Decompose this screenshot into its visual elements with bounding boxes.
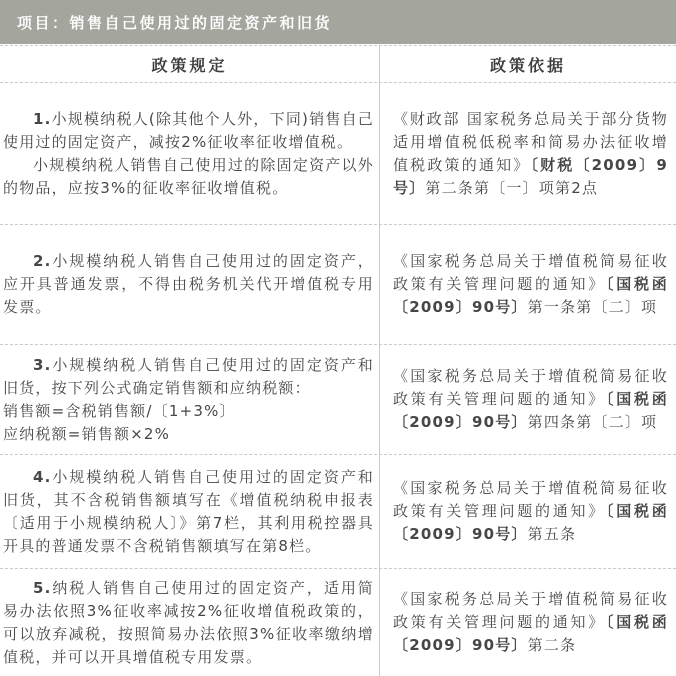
item-number: 1. <box>33 110 52 128</box>
policy-paragraph: 1.小规模纳税人(除其他个人外，下同)销售自己使用过的固定资产，减按2%征收率征… <box>3 108 374 154</box>
basis-paragraph: 《国家税务总局关于增值税简易征收政策有关管理问题的通知》〔国税函〔2009〕90… <box>393 365 668 434</box>
item-number: 5. <box>33 579 52 597</box>
policy-text: 小规模纳税人(除其他个人外，下同)销售自己使用过的固定资产，减按2%征收率征收增… <box>3 110 374 151</box>
item-number: 2. <box>33 252 52 270</box>
basis-cell: 《国家税务总局关于增值税简易征收政策有关管理问题的通知》〔国税函〔2009〕90… <box>380 569 676 676</box>
basis-paragraph: 《财政部 国家税务总局关于部分货物适用增值税低税率和简易办法征收增值税政策的通知… <box>393 108 668 200</box>
page-title: 项目：销售自己使用过的固定资产和旧货 <box>17 12 332 33</box>
table-row: 4.小规模纳税人销售自己使用过的固定资产和旧货，其不含税销售额填写在《增值税纳税… <box>0 455 676 569</box>
basis-text: 第四条第〔二〕项 <box>528 413 658 431</box>
basis-paragraph: 《国家税务总局关于增值税简易征收政策有关管理问题的通知》〔国税函〔2009〕90… <box>393 250 668 319</box>
basis-cell: 《国家税务总局关于增值税简易征收政策有关管理问题的通知》〔国税函〔2009〕90… <box>380 345 676 454</box>
column-header-basis: 政策依据 <box>380 46 676 82</box>
policy-paragraph: 3.小规模纳税人销售自己使用过的固定资产和旧货，按下列公式确定销售额和应纳税额： <box>3 354 374 400</box>
table-row: 2.小规模纳税人销售自己使用过的固定资产，应开具普通发票，不得由税务机关代开增值… <box>0 225 676 345</box>
item-number: 4. <box>33 468 52 486</box>
policy-paragraph: 4.小规模纳税人销售自己使用过的固定资产和旧货，其不含税销售额填写在《增值税纳税… <box>3 466 374 558</box>
title-bar: 项目：销售自己使用过的固定资产和旧货 <box>0 0 676 44</box>
column-header-policy: 政策规定 <box>0 46 380 82</box>
policy-cell: 1.小规模纳税人(除其他个人外，下同)销售自己使用过的固定资产，减按2%征收率征… <box>0 83 380 224</box>
table-row: 3.小规模纳税人销售自己使用过的固定资产和旧货，按下列公式确定销售额和应纳税额：… <box>0 345 676 455</box>
policy-paragraph: 小规模纳税人销售自己使用过的除固定资产以外的物品，应按3%的征收率征收增值税。 <box>3 154 374 200</box>
policy-text: 纳税人销售自己使用过的固定资产，适用简易办法依照3%征收率减按2%征收增值税政策… <box>3 579 374 666</box>
policy-cell: 4.小规模纳税人销售自己使用过的固定资产和旧货，其不含税销售额填写在《增值税纳税… <box>0 455 380 568</box>
policy-cell: 2.小规模纳税人销售自己使用过的固定资产，应开具普通发票，不得由税务机关代开增值… <box>0 225 380 344</box>
policy-text: 小规模纳税人销售自己使用过的除固定资产以外的物品，应按3%的征收率征收增值税。 <box>3 156 374 197</box>
policy-cell: 3.小规模纳税人销售自己使用过的固定资产和旧货，按下列公式确定销售额和应纳税额：… <box>0 345 380 454</box>
table-header-row: 政策规定 政策依据 <box>0 46 676 83</box>
policy-table: 政策规定 政策依据 1.小规模纳税人(除其他个人外，下同)销售自己使用过的固定资… <box>0 45 676 676</box>
formula-line: 应纳税额=销售额×2% <box>3 423 374 446</box>
formula-line: 销售额=含税销售额/〔1+3%〕 <box>3 400 374 423</box>
policy-cell: 5.纳税人销售自己使用过的固定资产，适用简易办法依照3%征收率减按2%征收增值税… <box>0 569 380 676</box>
table-row: 5.纳税人销售自己使用过的固定资产，适用简易办法依照3%征收率减按2%征收增值税… <box>0 569 676 676</box>
item-number: 3. <box>33 356 52 374</box>
table-row: 1.小规模纳税人(除其他个人外，下同)销售自己使用过的固定资产，减按2%征收率征… <box>0 83 676 225</box>
basis-text: 第二条第〔一〕项第2点 <box>425 179 598 197</box>
policy-text: 小规模纳税人销售自己使用过的固定资产和旧货，其不含税销售额填写在《增值税纳税申报… <box>3 468 374 555</box>
basis-paragraph: 《国家税务总局关于增值税简易征收政策有关管理问题的通知》〔国税函〔2009〕90… <box>393 477 668 546</box>
basis-text: 第一条第〔二〕项 <box>528 298 658 316</box>
policy-paragraph: 5.纳税人销售自己使用过的固定资产，适用简易办法依照3%征收率减按2%征收增值税… <box>3 577 374 669</box>
policy-text: 小规模纳税人销售自己使用过的固定资产和旧货，按下列公式确定销售额和应纳税额： <box>3 356 374 397</box>
basis-paragraph: 《国家税务总局关于增值税简易征收政策有关管理问题的通知》〔国税函〔2009〕90… <box>393 588 668 657</box>
basis-cell: 《国家税务总局关于增值税简易征收政策有关管理问题的通知》〔国税函〔2009〕90… <box>380 455 676 568</box>
basis-cell: 《国家税务总局关于增值税简易征收政策有关管理问题的通知》〔国税函〔2009〕90… <box>380 225 676 344</box>
basis-text: 第二条 <box>528 636 577 654</box>
basis-text: 第五条 <box>528 525 577 543</box>
policy-paragraph: 2.小规模纳税人销售自己使用过的固定资产，应开具普通发票，不得由税务机关代开增值… <box>3 250 374 319</box>
page: 项目：销售自己使用过的固定资产和旧货 政策规定 政策依据 1.小规模纳税人(除其… <box>0 0 676 676</box>
basis-cell: 《财政部 国家税务总局关于部分货物适用增值税低税率和简易办法征收增值税政策的通知… <box>380 83 676 224</box>
policy-text: 小规模纳税人销售自己使用过的固定资产，应开具普通发票，不得由税务机关代开增值税专… <box>3 252 374 316</box>
